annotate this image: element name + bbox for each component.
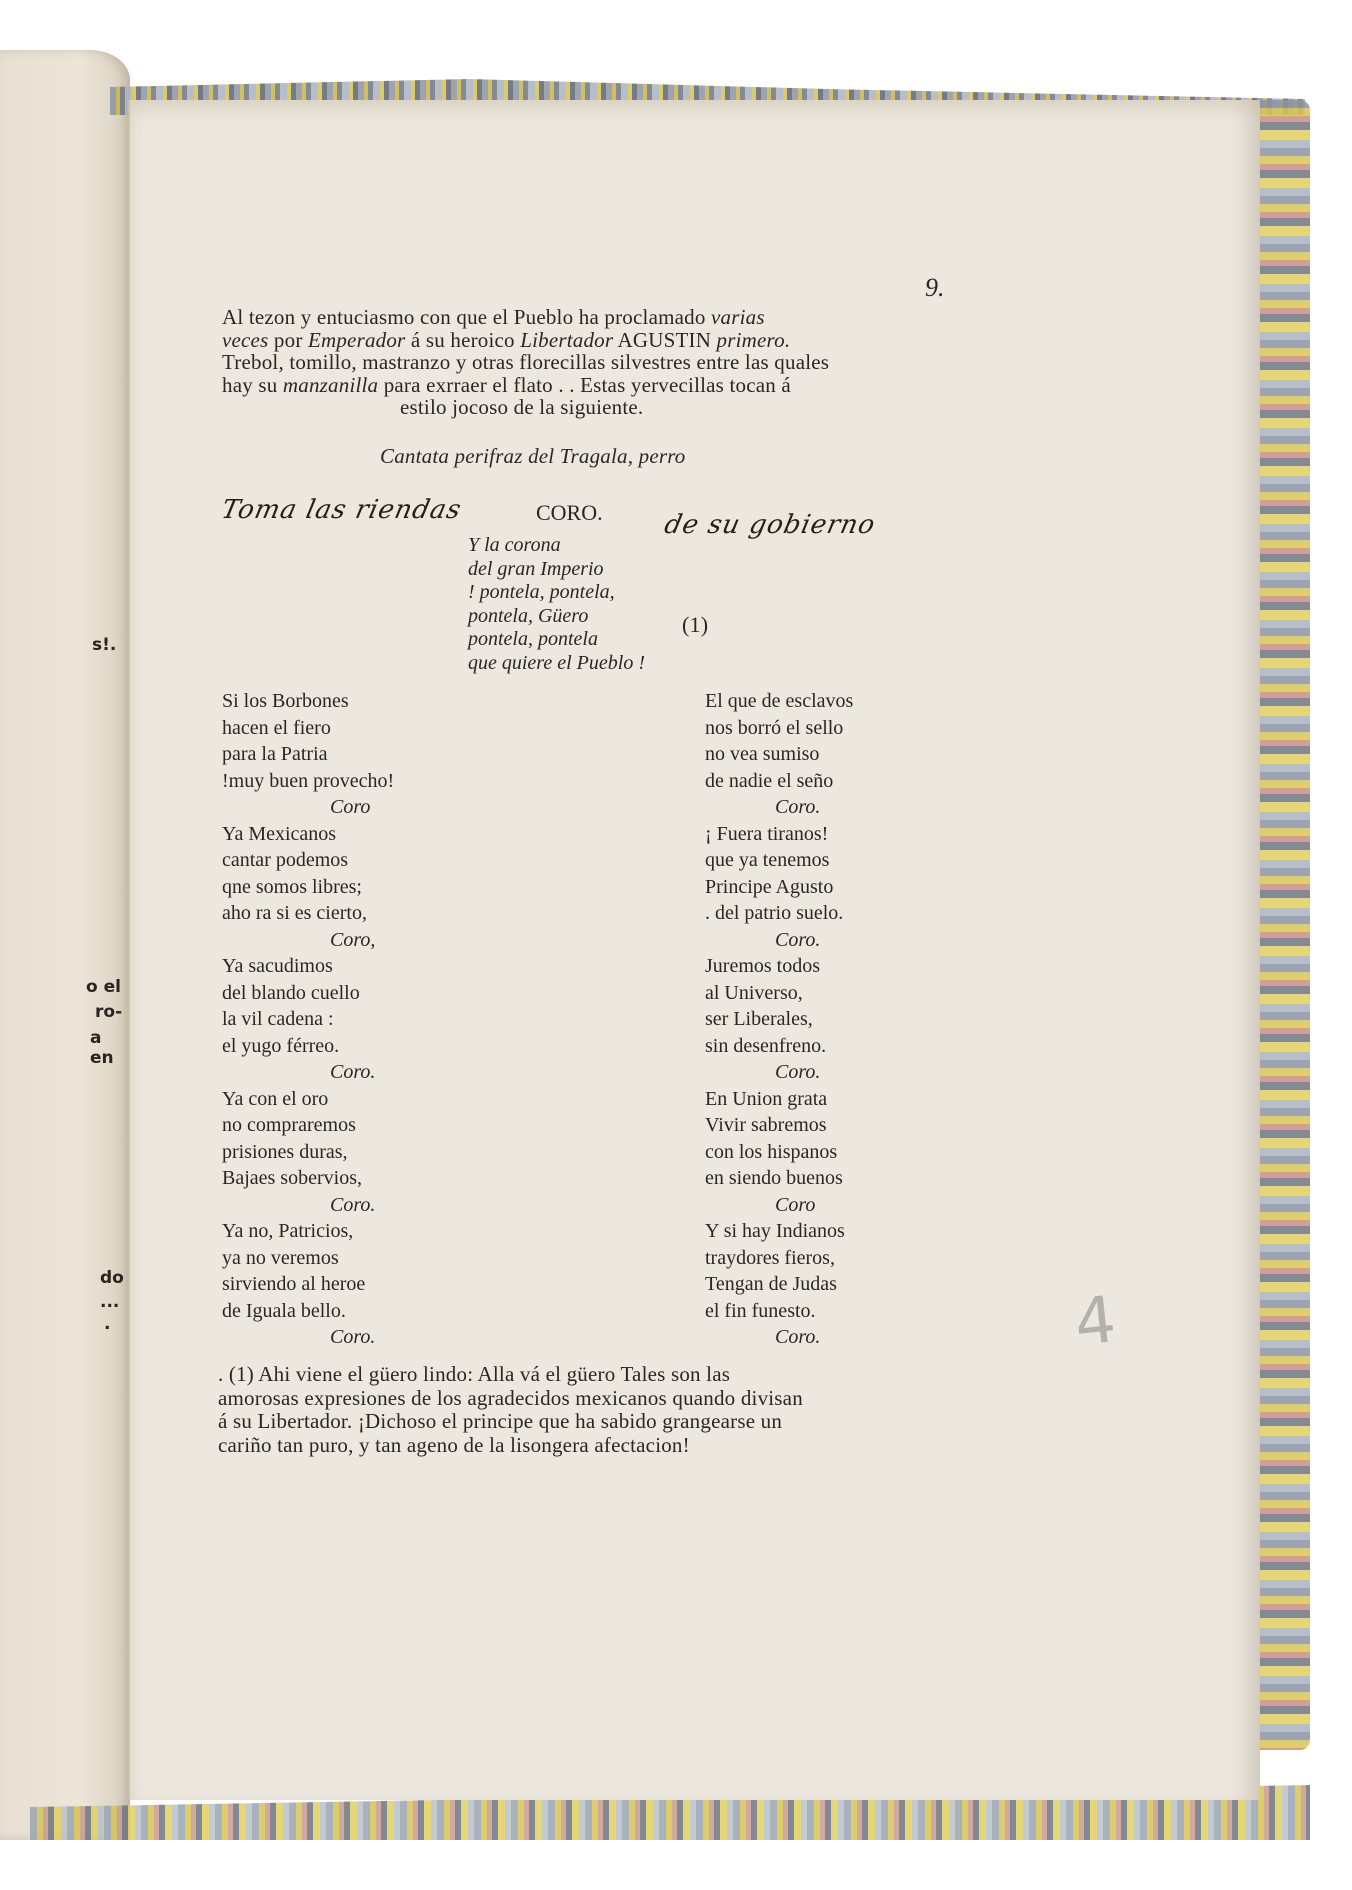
coro-refrain: Coro (775, 1192, 815, 1219)
verse-line: el yugo férreo. (222, 1033, 339, 1060)
verse-line: Principe Agusto (705, 874, 833, 901)
verse-line: para la Patria (222, 741, 328, 768)
cantata-subtitle: Cantata perifraz del Tragala, perro (380, 444, 686, 469)
verse-line: ¡ Fuera tiranos! (705, 821, 828, 848)
page-number: 9. (925, 273, 945, 303)
verse-line: ya no veremos (222, 1245, 339, 1272)
verse-line: en siendo buenos (705, 1165, 843, 1192)
footnote-marker: (1) (682, 612, 708, 637)
verse-line: Si los Borbones (222, 688, 349, 715)
left-page-fragment: . (104, 1314, 110, 1334)
verse-line: Juremos todos (705, 953, 820, 980)
coro-refrain: Coro. (330, 1324, 375, 1351)
verse-line: En Union grata (705, 1086, 827, 1113)
intro-line: Trebol, tomillo, mastranzo y otras flore… (222, 350, 829, 375)
coro-refrain: Coro (330, 794, 370, 821)
verse-line: sin desenfreno. (705, 1033, 826, 1060)
coro-refrain: Coro. (775, 1059, 820, 1086)
verse-line: El que de esclavos (705, 688, 853, 715)
footnote-line: . (1) Ahi viene el güero lindo: Alla vá … (218, 1362, 730, 1387)
intro-line: Al tezon y entuciasmo con que el Pueblo … (222, 305, 765, 330)
verse-line: !muy buen provecho! (222, 768, 394, 795)
verse-line: nos borró el sello (705, 715, 843, 742)
page-fore-edge (1230, 100, 1260, 1800)
verse-line: Bajaes sobervios, (222, 1165, 362, 1192)
verse-line: Vivir sabremos (705, 1112, 827, 1139)
handwritten-annotation-right: de su gobierno (662, 510, 879, 540)
verse-line: . del patrio suelo. (705, 900, 843, 927)
verse-line: con los hispanos (705, 1139, 837, 1166)
footnote-line: á su Libertador. ¡Dichoso el principe qu… (218, 1409, 782, 1434)
intro-line: veces por Emperador á su heroico Liberta… (222, 328, 790, 353)
coro-heading: CORO. (536, 500, 603, 526)
left-page-fragment: s!. (92, 635, 116, 655)
verse-line: del blando cuello (222, 980, 360, 1007)
coro-refrain: Coro. (775, 794, 820, 821)
verse-line: no compraremos (222, 1112, 356, 1139)
verse-line: prisiones duras, (222, 1139, 348, 1166)
chorus-line: que quiere el Pueblo ! (468, 650, 645, 677)
intro-line: estilo jocoso de la siguiente. (400, 395, 643, 420)
verse-line: qne somos libres; (222, 874, 362, 901)
verse-line: Ya Mexicanos (222, 821, 336, 848)
facing-left-page: s!. o el ro- a en do ... . (0, 50, 130, 1840)
verse-line: el fin funesto. (705, 1298, 816, 1325)
left-page-fragment: ro- (95, 1002, 122, 1022)
handwritten-annotation-left: Toma las riendas (219, 495, 465, 525)
left-page-fragment: o el (86, 977, 121, 997)
verse-line: que ya tenemos (705, 847, 829, 874)
verse-line: de nadie el seño (705, 768, 833, 795)
footnote-line: cariño tan puro, y tan ageno de la lison… (218, 1433, 690, 1458)
verse-line: Ya no, Patricios, (222, 1218, 353, 1245)
verse-line: Y si hay Indianos (705, 1218, 845, 1245)
verse-line: ser Liberales, (705, 1006, 813, 1033)
verse-line: la vil cadena : (222, 1006, 334, 1033)
left-page-fragment: a en (90, 1028, 130, 1068)
coro-refrain: Coro. (775, 1324, 820, 1351)
coro-refrain: Coro. (775, 927, 820, 954)
left-page-fragment: ... (100, 1292, 119, 1312)
verse-line: al Universo, (705, 980, 803, 1007)
verse-line: sirviendo al heroe (222, 1271, 365, 1298)
left-page-fragment: do (100, 1268, 124, 1288)
pencil-mark: 4 (1071, 1283, 1119, 1361)
coro-refrain: Coro, (330, 927, 375, 954)
verse-line: traydores fieros, (705, 1245, 835, 1272)
verse-line: cantar podemos (222, 847, 348, 874)
verse-line: Tengan de Judas (705, 1271, 837, 1298)
verse-line: Ya sacudimos (222, 953, 333, 980)
verse-line: aho ra si es cierto, (222, 900, 367, 927)
verse-line: no vea sumiso (705, 741, 819, 768)
coro-refrain: Coro. (330, 1192, 375, 1219)
verse-line: de Iguala bello. (222, 1298, 346, 1325)
footnote-line: amorosas expresiones de los agradecidos … (218, 1386, 803, 1411)
verse-line: Ya con el oro (222, 1086, 328, 1113)
coro-refrain: Coro. (330, 1059, 375, 1086)
intro-line: hay su manzanilla para exrraer el flato … (222, 373, 791, 398)
verse-line: hacen el fiero (222, 715, 331, 742)
